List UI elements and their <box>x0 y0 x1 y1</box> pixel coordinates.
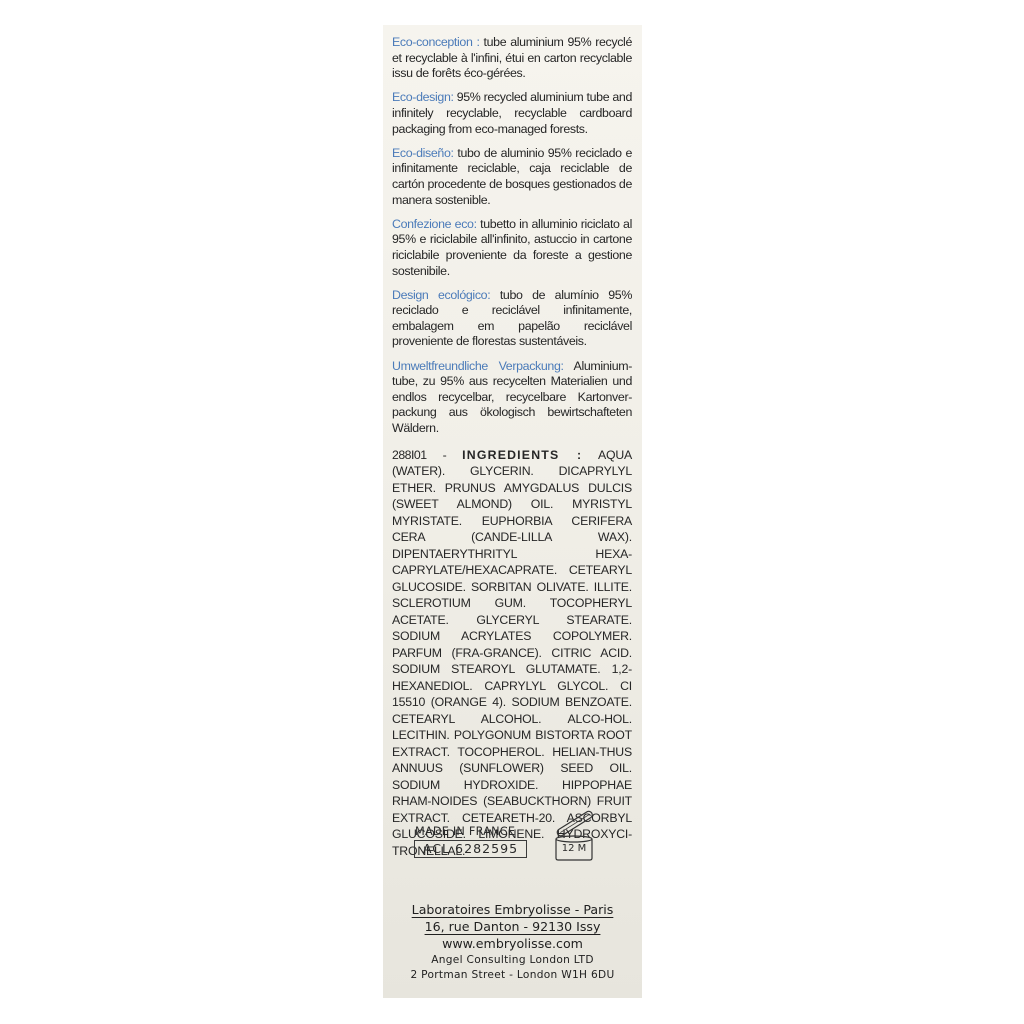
ingredients-list: 288I01 - INGREDIENTS : AQUA (WATER). GLY… <box>392 447 632 860</box>
eco-section-it: Confezione eco: tubetto in alluminio ric… <box>392 217 632 279</box>
open-jar-icon: 12 M <box>549 810 599 864</box>
distributor-name: Angel Consulting London LTD <box>383 953 642 968</box>
distributor-address: 2 Portman Street - London W1H 6DU <box>383 968 642 983</box>
batch-code-box: ACL 6282595 <box>414 840 527 858</box>
made-in-label: MADE IN FRANCE <box>415 825 515 838</box>
pao-label: 12 M <box>559 843 589 854</box>
eco-section-en: Eco-design: 95% recycled aluminium tube … <box>392 90 632 137</box>
ingredients-title: INGREDIENTS : <box>462 448 582 462</box>
manufacturer-street: 16, rue Danton - 92130 Issy <box>383 918 642 935</box>
manufacturer-name: Laboratoires Embryolisse - Paris <box>383 901 642 918</box>
ingredients-text: AQUA (WATER). GLYCERIN. DICAPRYLYL ETHER… <box>392 448 632 858</box>
eco-section-pt: Design ecológico: tubo de alumínio 95% r… <box>392 288 632 350</box>
eco-heading: Eco-conception : <box>392 35 480 49</box>
eco-heading: Eco-design: <box>392 90 454 104</box>
eco-heading: Confezione eco: <box>392 217 477 231</box>
website-link: www.embryolisse.com <box>383 935 642 953</box>
ingredients-code: 288I01 - <box>392 448 462 462</box>
origin-row: MADE IN FRANCE ACL 6282595 12 M <box>415 822 615 872</box>
eco-section-es: Eco-diseño: tubo de aluminio 95% recicla… <box>392 146 632 208</box>
eco-heading: Design ecológico: <box>392 288 490 302</box>
eco-heading: Eco-diseño: <box>392 146 454 160</box>
eco-section-fr: Eco-conception : tube aluminium 95% recy… <box>392 35 632 82</box>
eco-section-de: Umweltfreundliche Verpackung: Aluminium-… <box>392 359 632 437</box>
manufacturer-address: Laboratoires Embryolisse - Paris 16, rue… <box>383 901 642 983</box>
packaging-label-panel: Eco-conception : tube aluminium 95% recy… <box>383 25 642 998</box>
eco-heading: Umweltfreundliche Verpackung: <box>392 359 564 373</box>
